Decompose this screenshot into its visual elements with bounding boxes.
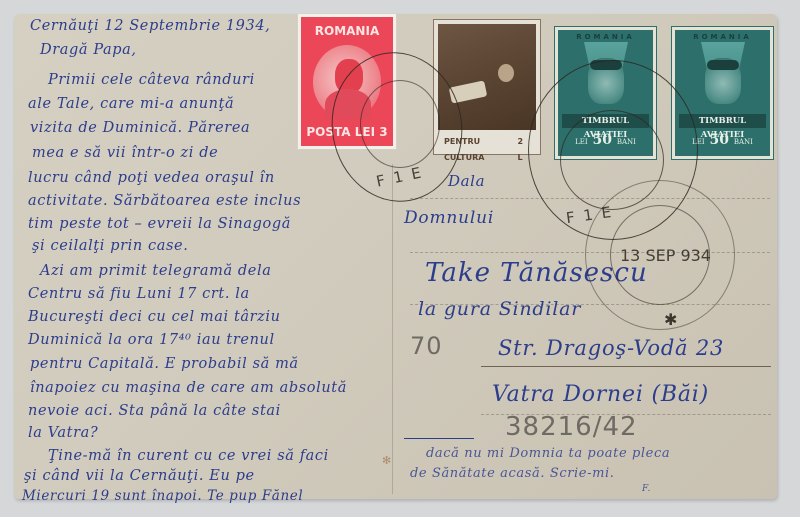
message-line: şi când vii la Cernăuţi. Eu pe: [24, 468, 255, 484]
address-salutation: Domnului: [404, 208, 494, 228]
message-line: ale Tale, care mi-a anunţă: [28, 96, 234, 112]
message-line: lucru când poţi vedea oraşul în: [28, 170, 275, 186]
stamp-unit: BANI: [734, 138, 753, 146]
flower-mark-icon: ✻: [382, 454, 391, 467]
message-line: Azi am primit telegramă dela: [40, 263, 271, 279]
sender-note: Dala: [448, 172, 485, 190]
message-line: la Vatra?: [28, 425, 98, 441]
stamp-country: ROMANIA: [305, 21, 389, 41]
pencil-number: 70: [410, 332, 443, 360]
message-line: Bucureşti deci cu cel mai târziu: [28, 309, 281, 325]
address-city: Vatra Dornei (Băi): [492, 382, 709, 407]
stamp-denomination: 50: [709, 132, 728, 148]
address-street: Str. Dragoş-Vodă 23: [498, 336, 724, 360]
message-line: Primii cele câteva rânduri: [48, 72, 255, 88]
date-line: Cernăuţi 12 Septembrie 1934,: [30, 18, 270, 34]
message-line: nevoie aci. Sta până la câte stai: [28, 403, 281, 419]
message-line: activitate. Sărbătoarea este inclus: [28, 193, 301, 209]
message-line: mea e să vii într-o zi de: [32, 145, 218, 161]
message-line: înapoiez cu maşina de care am absolută: [30, 380, 347, 396]
message-line: pentru Capitală. E probabil să mă: [30, 356, 299, 372]
message-line: vizita de Duminică. Părerea: [30, 120, 250, 136]
pencil-reference: 38216/42: [505, 412, 638, 442]
postscript-initial: F.: [642, 484, 651, 494]
postscript-line: de Sănătate acasă. Scrie-mi.: [410, 466, 614, 481]
message-line: tim peste tot – evreii la Sinagogă: [28, 216, 291, 232]
postmark-star-icon: ✱: [664, 310, 677, 329]
address-care-of: la gura Sindilar: [418, 298, 581, 320]
message-line: şi ceilalţi prin case.: [32, 238, 188, 254]
postmark-date: 13 SEP 934: [620, 246, 711, 265]
message-line: Duminică la ora 17⁴⁰ iau trenul: [28, 332, 275, 348]
postscript-line: dacă nu mi Domnia ta poate pleca: [426, 446, 670, 461]
address-underline: [481, 366, 771, 367]
postcard-divider: [392, 164, 393, 494]
stamp-country: ROMANIA: [675, 33, 770, 41]
signature-line: Miercuri 19 sunt înapoi. Te pup Fănel: [22, 488, 303, 504]
stamp-country: ROMANIA: [558, 33, 653, 41]
pen-stroke: [404, 438, 474, 439]
greeting: Dragă Papa,: [40, 42, 137, 58]
postmark-inner-circle: [360, 80, 440, 168]
message-line: Centru să fiu Luni 17 crt. la: [28, 286, 250, 302]
message-line: Ţine-mă în curent cu ce vrei să faci: [48, 448, 329, 464]
